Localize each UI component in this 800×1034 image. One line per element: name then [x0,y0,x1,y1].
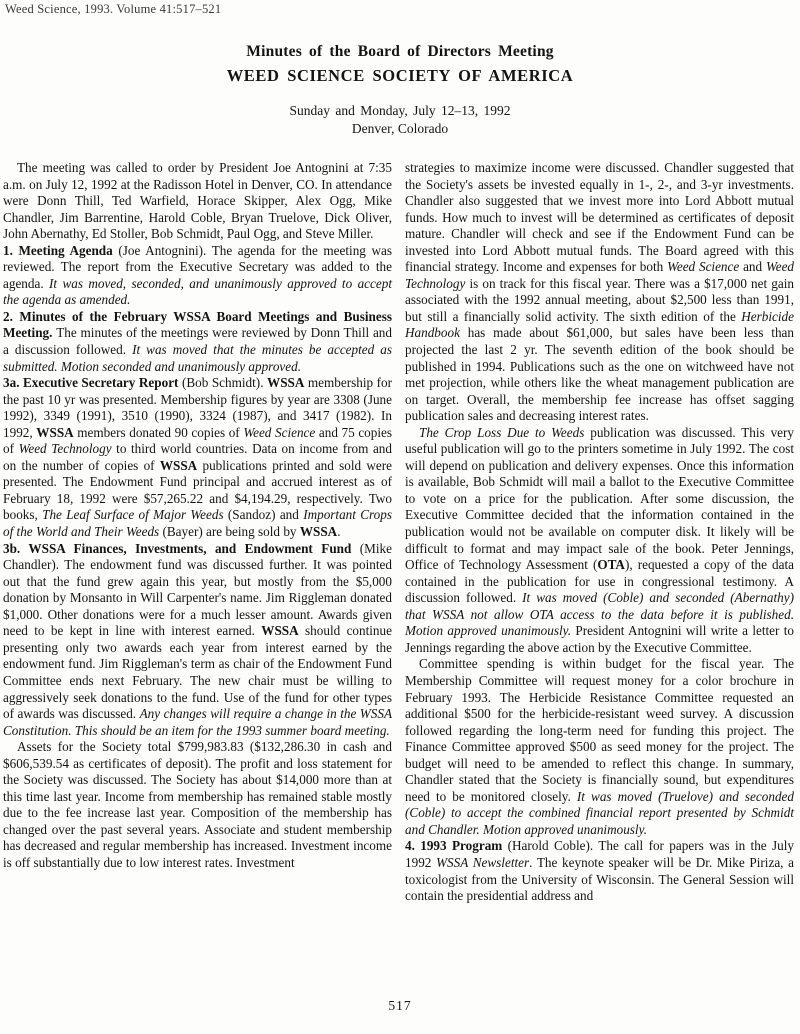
text-run: (Bob Schmidt). [182,375,267,390]
two-column-body: The meeting was called to order by Presi… [3,160,794,905]
text-run: 3b. WSSA Finances, Investments, and Endo… [3,541,360,556]
paragraph: 3a. Executive Secretary Report (Bob Schm… [3,375,392,540]
paragraph: strategies to maximize income were discu… [405,160,794,425]
text-run: The meeting was called to order by Presi… [3,160,392,241]
text-run: Weed Technology [19,441,112,456]
text-run: WSSA [267,375,304,390]
text-run: Weed Science [243,425,315,440]
text-run: Assets for the Society total $799,983.83… [3,739,392,870]
paragraph: 1. Meeting Agenda (Joe Antognini). The a… [3,243,392,309]
text-run: OTA [597,557,625,572]
right-column: strategies to maximize income were discu… [405,160,794,905]
text-run: The Leaf Surface of Major Weeds [42,507,223,522]
text-run: has made about $61,000, but sales have b… [405,325,794,423]
text-run: Weed Science [667,259,739,274]
page-number: 517 [0,998,800,1014]
paragraph: Committee spending is within budget for … [405,656,794,838]
society-name: WEED SCIENCE SOCIETY OF AMERICA [0,66,800,86]
paragraph: Assets for the Society total $799,983.83… [3,739,392,871]
text-run: 1. Meeting Agenda [3,243,118,258]
text-run: WSSA [261,623,298,638]
text-run: WSSA [160,458,197,473]
paragraph: 3b. WSSA Finances, Investments, and Endo… [3,541,392,740]
document-page: Weed Science, 1993. Volume 41:517–521 Mi… [0,0,800,1034]
text-run: . [337,524,340,539]
journal-citation: Weed Science, 1993. Volume 41:517–521 [5,2,221,17]
text-run: 4. 1993 Program [405,838,508,853]
meeting-location: Denver, Colorado [0,121,800,137]
text-run: (Sandoz) and [224,507,304,522]
text-run: WSSA [300,524,337,539]
paragraph: 2. Minutes of the February WSSA Board Me… [3,309,392,375]
text-run: WSSA [36,425,73,440]
document-title: Minutes of the Board of Directors Meetin… [0,43,800,61]
paragraph: The Crop Loss Due to Weeds publication w… [405,425,794,657]
text-run: WSSA Newsletter [436,855,529,870]
title-block: Minutes of the Board of Directors Meetin… [0,43,800,137]
text-run: and [739,259,766,274]
text-run: It was moved, seconded, and unanimously … [3,276,392,308]
paragraph: 4. 1993 Program (Harold Coble). The call… [405,838,794,904]
text-run: Committee spending is within budget for … [405,656,794,803]
text-run: strategies to maximize income were discu… [405,160,794,274]
text-run: 3a. Executive Secretary Report [3,375,182,390]
text-run: publication was discussed. This very use… [405,425,794,572]
text-run: (Bayer) are being sold by [159,524,300,539]
left-column: The meeting was called to order by Presi… [3,160,392,905]
paragraph: The meeting was called to order by Presi… [3,160,392,243]
text-run: members donated 90 copies of [74,425,244,440]
text-run: The Crop Loss Due to Weeds [419,425,584,440]
meeting-date: Sunday and Monday, July 12–13, 1992 [0,103,800,119]
